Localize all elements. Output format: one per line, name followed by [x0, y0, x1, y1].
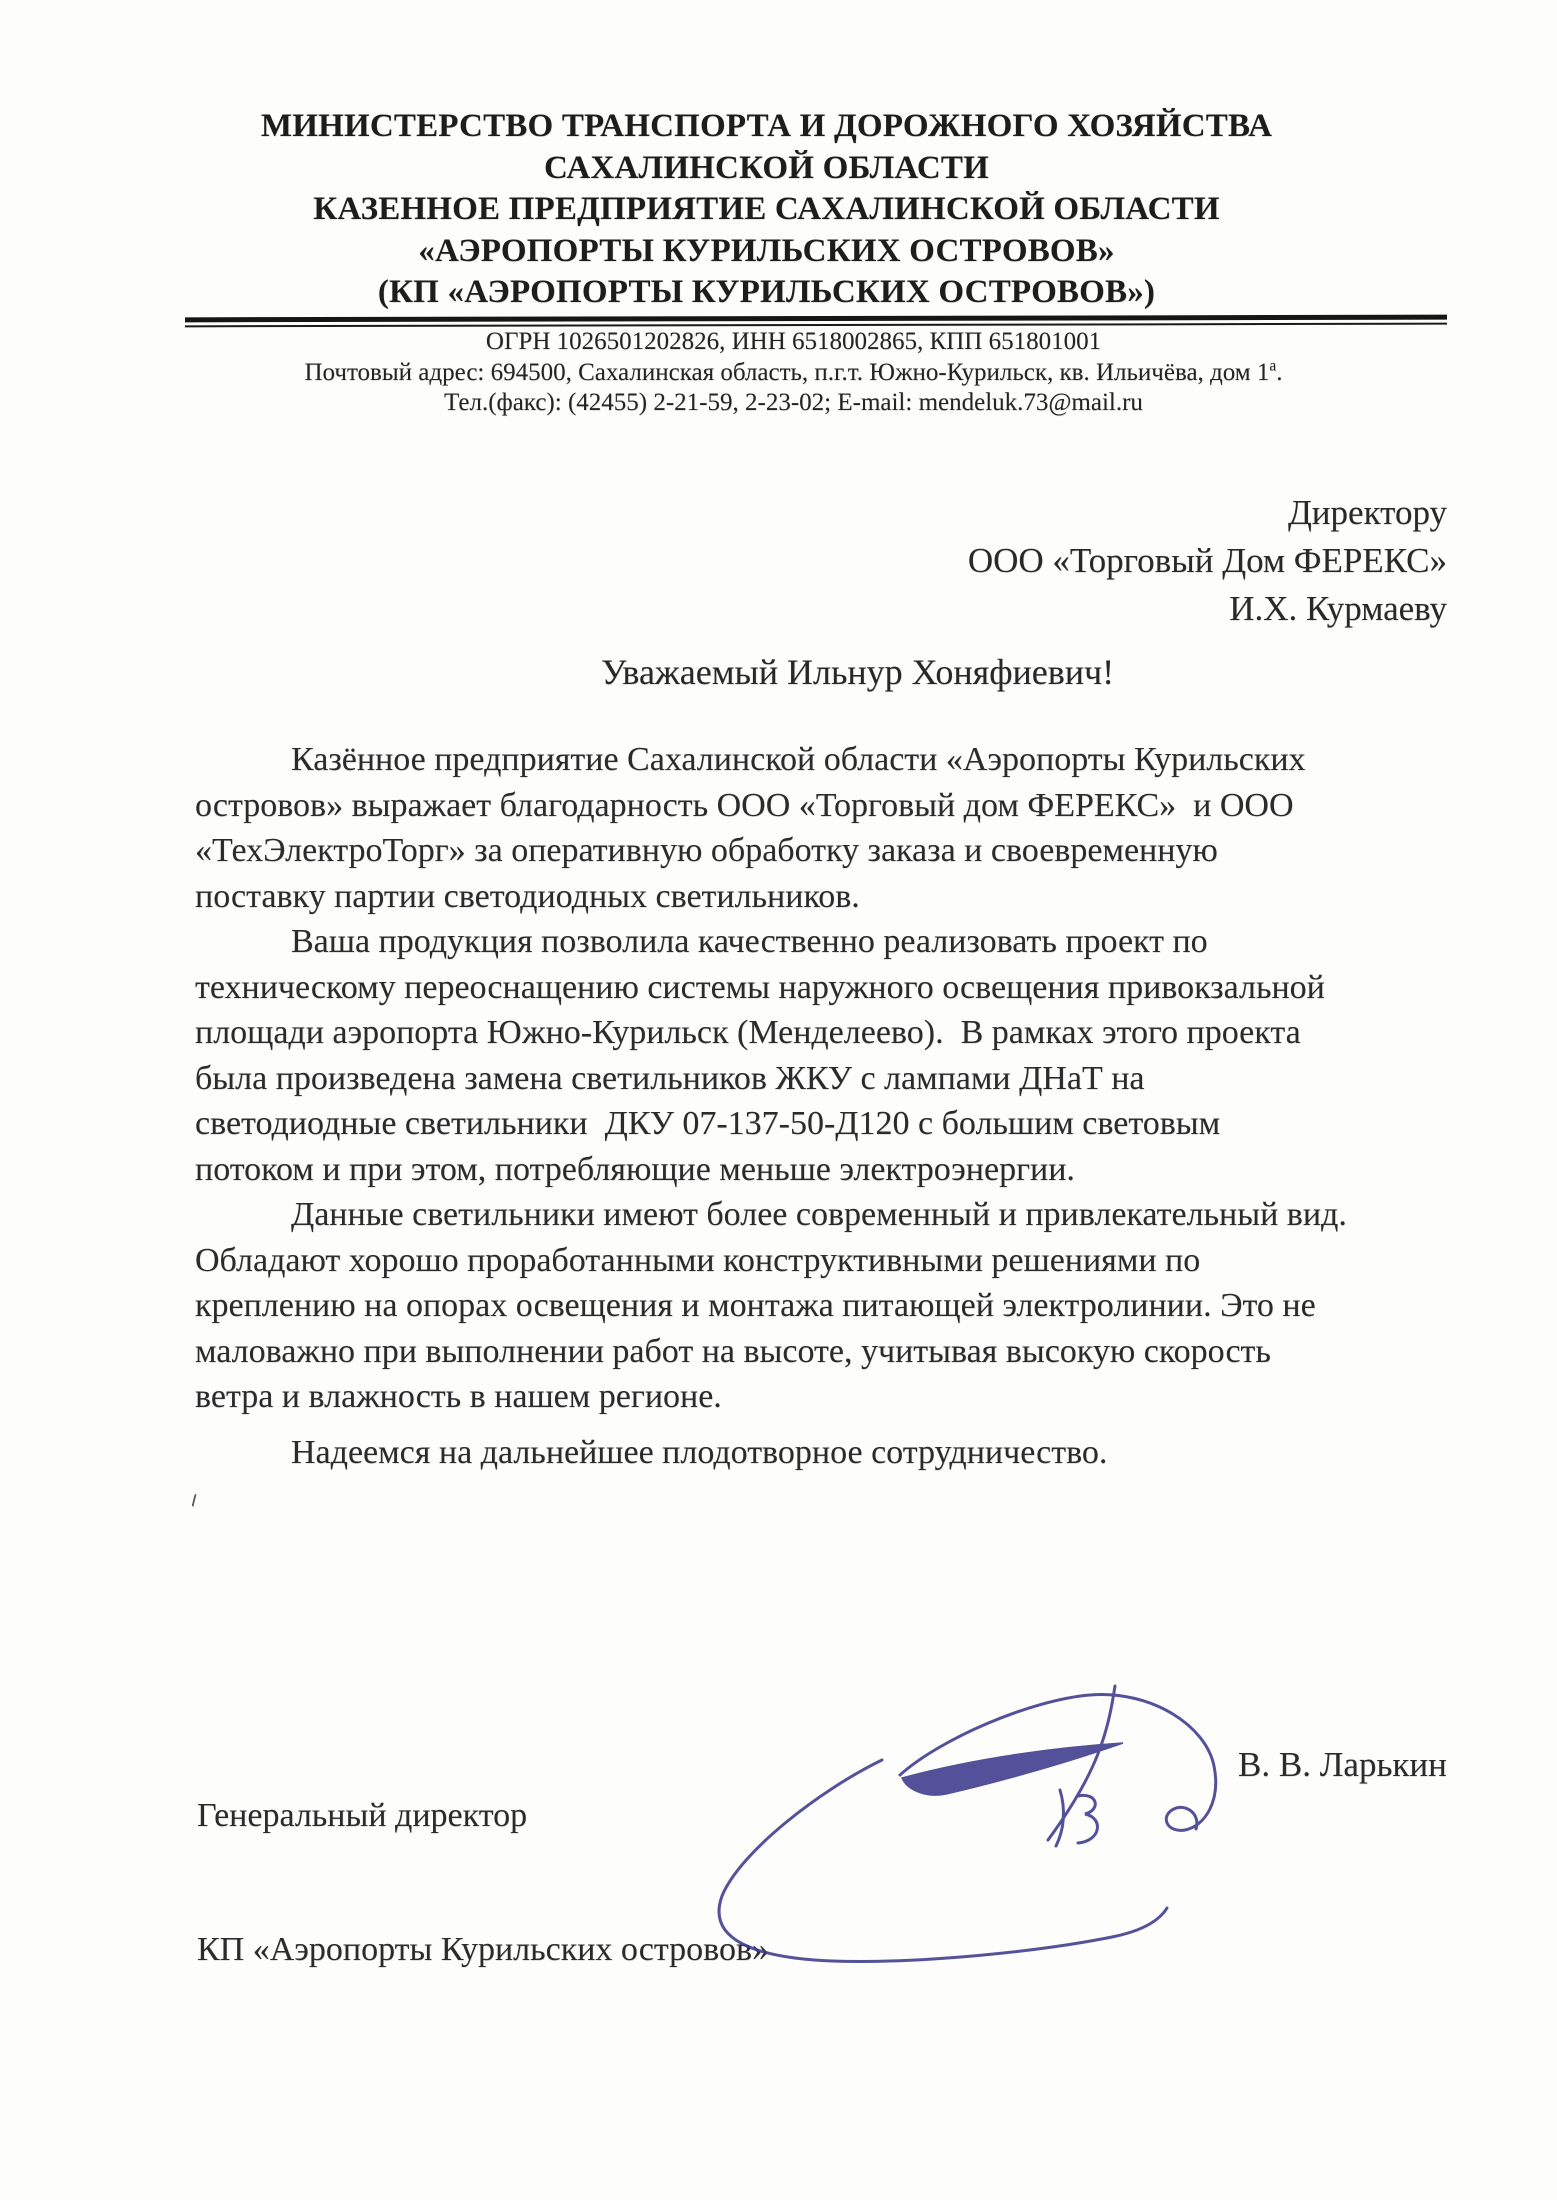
letterhead: МИНИСТЕРСТВО ТРАНСПОРТА И ДОРОЖНОГО ХОЗЯ…	[0, 106, 1533, 314]
letterhead-line-ministry: МИНИСТЕРСТВО ТРАНСПОРТА И ДОРОЖНОГО ХОЗЯ…	[0, 106, 1533, 148]
addressee-company: ООО «Торговый Дом ФЕРЕКС»	[968, 537, 1447, 585]
addressee-person: И.Х. Курмаеву	[968, 585, 1447, 633]
salutation: Уважаемый Ильнур Хоняфиевич!	[601, 651, 1114, 693]
org-contacts-line: Тел.(факс): (42455) 2-21-59, 2-23-02; E-…	[30, 388, 1557, 419]
letterhead-line-org-name: «АЭРОПОРТЫ КУРИЛЬСКИХ ОСТРОВОВ»	[0, 231, 1533, 273]
letterhead-line-enterprise: КАЗЕННОЕ ПРЕДПРИЯТИЕ САХАЛИНСКОЙ ОБЛАСТИ	[0, 189, 1533, 231]
handwritten-signature	[660, 1640, 1280, 1980]
letterhead-line-region: САХАЛИНСКОЙ ОБЛАСТИ	[0, 148, 1533, 190]
org-registration-line: ОГРН 1026501202826, ИНН 6518002865, КПП …	[30, 327, 1557, 358]
addressee-block: Директору ООО «Торговый Дом ФЕРЕКС» И.Х.…	[968, 489, 1447, 633]
signature-strokes	[719, 1686, 1216, 1961]
signer-name: В. В. Ларькин	[1238, 1745, 1447, 1785]
paragraph-closing: Надеемся на дальнейшее плодотворное сотр…	[195, 1430, 1450, 1476]
org-info-block: ОГРН 1026501202826, ИНН 6518002865, КПП …	[30, 327, 1557, 419]
paragraph-gratitude: Казённое предприятие Сахалинской области…	[195, 737, 1450, 919]
paragraph-luminaires: Данные светильники имеют более современн…	[195, 1192, 1450, 1420]
letter-page: МИНИСТЕРСТВО ТРАНСПОРТА И ДОРОЖНОГО ХОЗЯ…	[0, 0, 1557, 2200]
scan-artifact-mark	[191, 1494, 198, 1508]
postal-address-text: Почтовый адрес: 694500, Сахалинская обла…	[304, 359, 1269, 386]
org-postal-address-line: Почтовый адрес: 694500, Сахалинская обла…	[30, 358, 1557, 389]
letterhead-line-org-short-name: (КП «АЭРОПОРТЫ КУРИЛЬСКИХ ОСТРОВОВ»)	[0, 272, 1533, 314]
postal-address-period: .	[1276, 359, 1282, 386]
letter-body: Казённое предприятие Сахалинской области…	[195, 737, 1450, 1475]
letterhead-divider	[185, 315, 1447, 328]
paragraph-project: Ваша продукция позволила качественно реа…	[195, 919, 1450, 1192]
addressee-title: Директору	[968, 489, 1447, 537]
